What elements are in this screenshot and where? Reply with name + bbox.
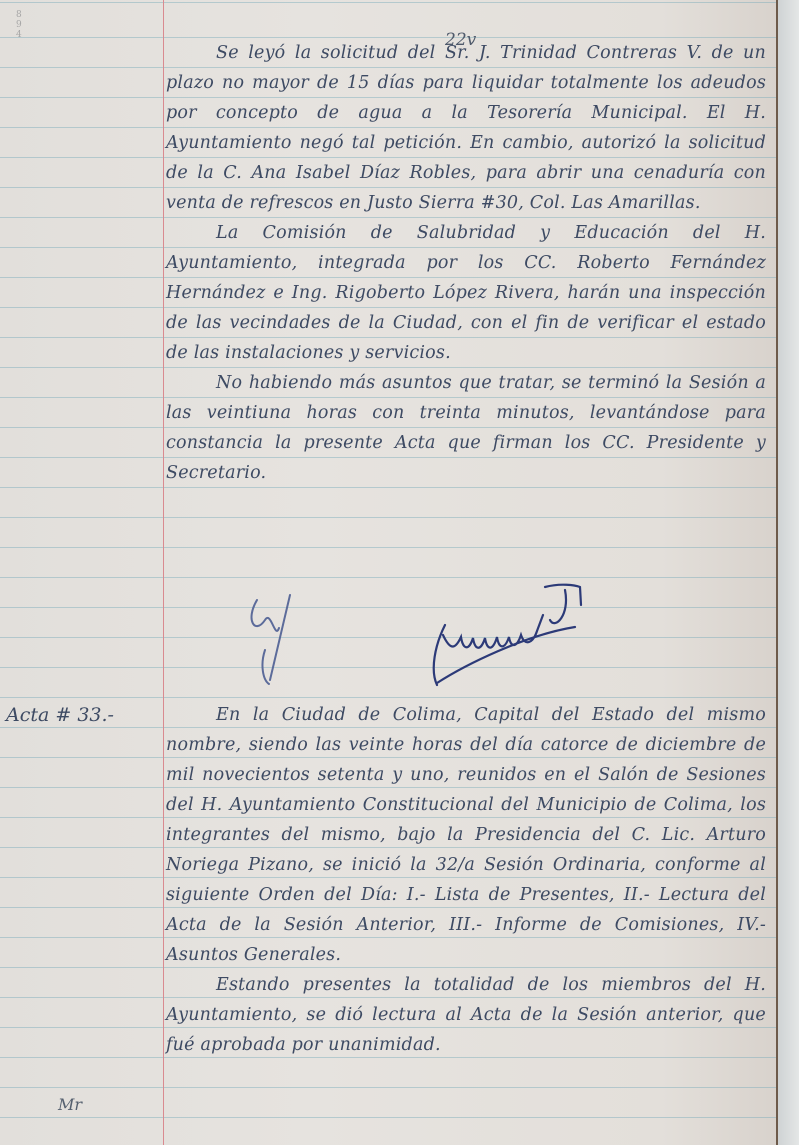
minutes-bottom-section: En la Ciudad de Colima, Capital del Esta… — [166, 700, 766, 1060]
paragraph-quorum: Estando presentes la totalidad de los mi… — [166, 970, 766, 1060]
notebook-page: 8 9 4 22v Se leyó la solicitud del Sr. J… — [0, 0, 778, 1145]
paragraph-commission: La Comisión de Salubridad y Educación de… — [166, 218, 766, 368]
corner-stamp: 8 9 4 — [16, 10, 38, 40]
red-margin-line — [163, 0, 164, 1145]
secretary-signature — [425, 575, 595, 700]
paragraph-closing: No habiendo más asuntos que tratar, se t… — [166, 368, 766, 488]
paragraph-request: Se leyó la solicitud del Sr. J. Trinidad… — [166, 38, 766, 218]
minutes-top-section: Se leyó la solicitud del Sr. J. Trinidad… — [166, 38, 766, 488]
margin-initials: Mr — [58, 1095, 82, 1114]
president-signature — [235, 580, 315, 690]
adjacent-page-strip — [778, 0, 799, 1145]
acta-number-label: Acta # 33.- — [6, 704, 114, 726]
paragraph-session-opening: En la Ciudad de Colima, Capital del Esta… — [166, 700, 766, 970]
